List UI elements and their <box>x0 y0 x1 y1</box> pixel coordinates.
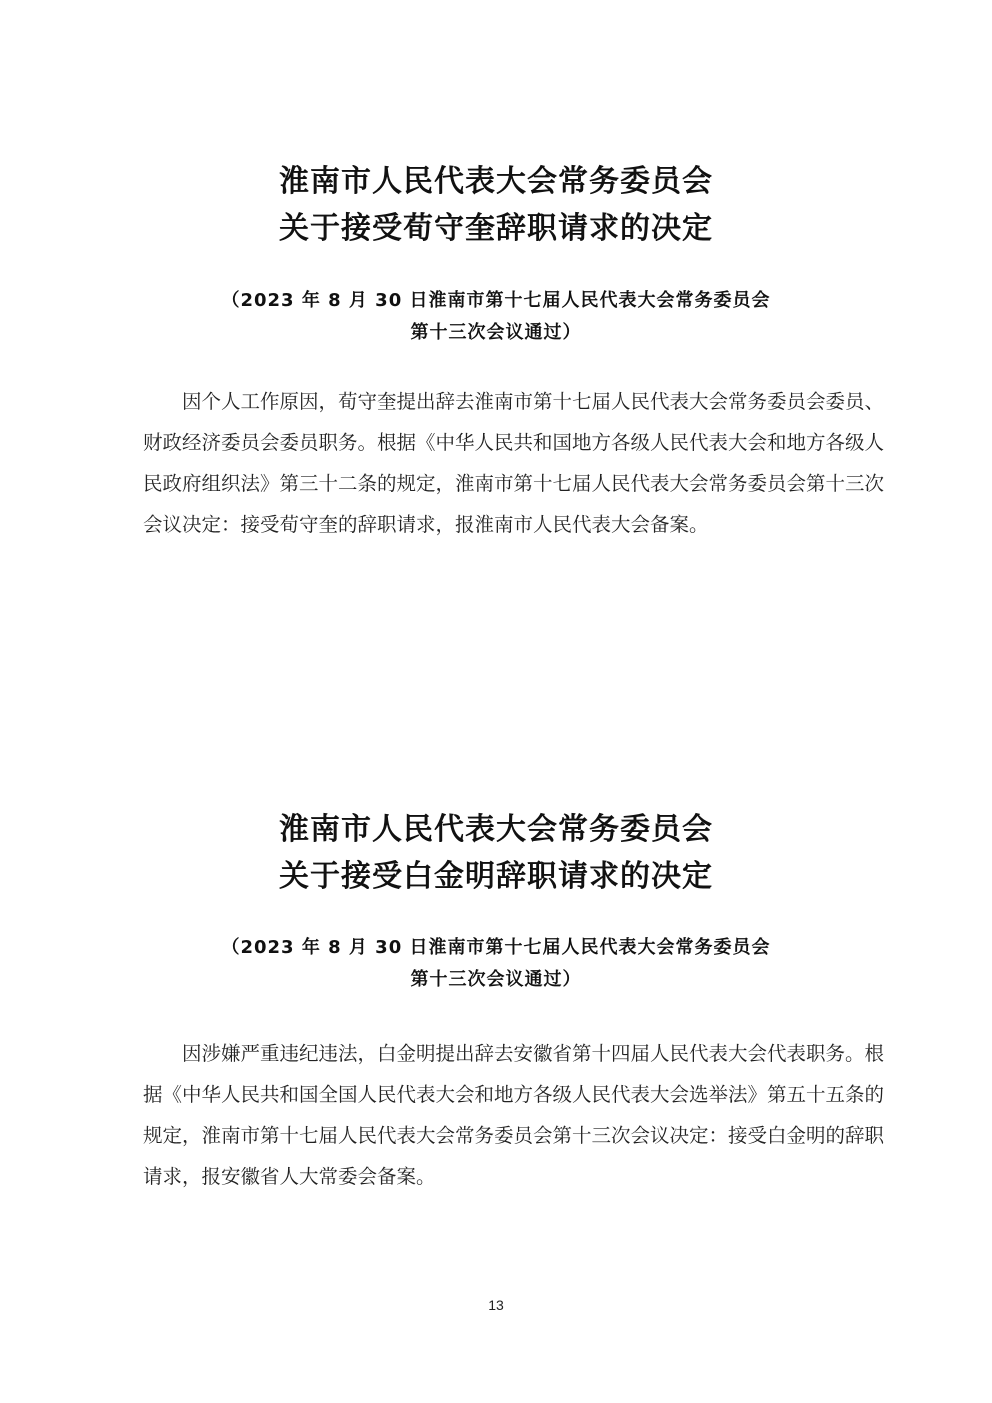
body-line: 因涉嫌严重违纪违法，白金明提出辞去安徽省第十四届人民代表大会代表职务。根 <box>143 1034 859 1075</box>
page-number: 13 <box>0 1297 992 1313</box>
decision-1-title-line2: 关于接受荀守奎辞职请求的决定 <box>0 203 992 247</box>
decision-1-title-line1: 淮南市人民代表大会常务委员会 <box>0 156 992 200</box>
decision-1-subtitle-line2: 第十三次会议通过） <box>0 318 992 344</box>
decision-2-subtitle-line1: （2023 年 8 月 30 日淮南市第十七届人民代表大会常务委员会 <box>0 933 992 959</box>
decision-2-subtitle-line2: 第十三次会议通过） <box>0 965 992 991</box>
body-line: 民政府组织法》第三十二条的规定，淮南市第十七届人民代表大会常务委员会第十三次 <box>143 464 859 505</box>
body-line: 请求，报安徽省人大常委会备案。 <box>143 1157 859 1198</box>
body-line: 财政经济委员会委员职务。根据《中华人民共和国地方各级人民代表大会和地方各级人 <box>143 423 859 464</box>
decision-1-body: 因个人工作原因，荀守奎提出辞去淮南市第十七届人民代表大会常务委员会委员、 财政经… <box>143 382 859 546</box>
body-line: 因个人工作原因，荀守奎提出辞去淮南市第十七届人民代表大会常务委员会委员、 <box>143 382 859 423</box>
body-line: 规定，淮南市第十七届人民代表大会常务委员会第十三次会议决定：接受白金明的辞职 <box>143 1116 859 1157</box>
body-line: 据《中华人民共和国全国人民代表大会和地方各级人民代表大会选举法》第五十五条的 <box>143 1075 859 1116</box>
decision-2-title-line2: 关于接受白金明辞职请求的决定 <box>0 851 992 895</box>
decision-1-subtitle-line1: （2023 年 8 月 30 日淮南市第十七届人民代表大会常务委员会 <box>0 286 992 312</box>
decision-2-body: 因涉嫌严重违纪违法，白金明提出辞去安徽省第十四届人民代表大会代表职务。根 据《中… <box>143 1034 859 1198</box>
body-line: 会议决定：接受荀守奎的辞职请求，报淮南市人民代表大会备案。 <box>143 505 859 546</box>
decision-2-title-line1: 淮南市人民代表大会常务委员会 <box>0 804 992 848</box>
